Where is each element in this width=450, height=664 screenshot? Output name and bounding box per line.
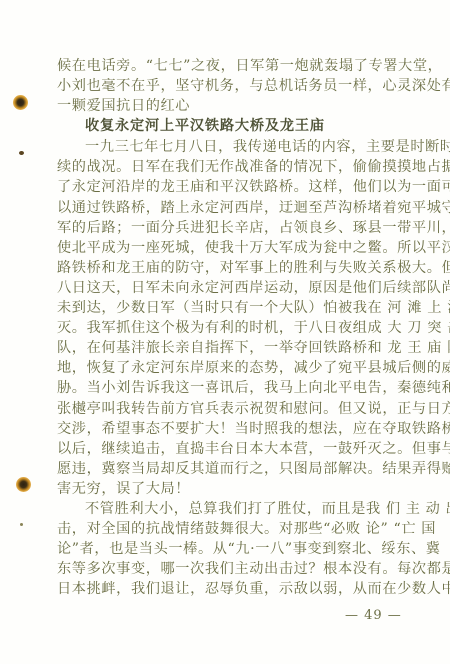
text-line: 续的战况。日军在我们无作战准备的情况下，偷偷摸摸地占据 bbox=[57, 157, 412, 177]
text-line: 队，在何基沣旅长亲自指挥下，一举夺回铁路桥和 龙 王 庙 阵 bbox=[57, 338, 412, 358]
text-line: 军的后路；一面分兵进犯长辛店，占领良乡、琢县一带平川， bbox=[57, 218, 412, 238]
text-line: 以通过铁路桥，踏上永定河西岸，迂迴至芦沟桥堵着宛平城守 bbox=[57, 198, 412, 218]
text-line: 不管胜利大小，总算我们打了胜仗，而且是我 们 主 动 出 bbox=[57, 499, 412, 519]
continued-paragraph: 候在电话旁。“七七”之夜，日军第一炮就轰塌了专署大堂， 小刘也毫不在乎，坚守机务… bbox=[57, 56, 412, 116]
document-page: 候在电话旁。“七七”之夜，日军第一炮就轰塌了专署大堂， 小刘也毫不在乎，坚守机务… bbox=[0, 0, 450, 664]
text-line: 小刘也毫不在乎，坚守机务，与总机话务员一样，心灵深处有 bbox=[57, 76, 412, 96]
text-line: 路铁桥和龙王庙的防守，对军事上的胜利与失败关系极大。但 bbox=[57, 258, 412, 278]
paragraph: 不管胜利大小，总算我们打了胜仗，而且是我 们 主 动 出 击，对全国的抗战情绪鼓… bbox=[57, 499, 412, 599]
text-line: 候在电话旁。“七七”之夜，日军第一炮就轰塌了专署大堂， bbox=[57, 56, 412, 76]
text-line: 击，对全国的抗战情绪鼓舞很大。对那些“必败 论” “亡 国 bbox=[57, 519, 412, 539]
text-line: 害无穷，误了大局！ bbox=[57, 479, 412, 499]
text-line: 论”者，也是当头一棒。从“九·一八”事变到察北、绥东、冀 bbox=[57, 539, 412, 559]
text-line: 八日这天，日军未向永定河西岸运动，原因是他们后续部队尚 bbox=[57, 278, 412, 298]
text-line: 以后，继续追击，直捣丰台日本大本营，一鼓歼灭之。但事与 bbox=[57, 439, 412, 459]
text-line: 张樾亭叫我转告前方官兵表示祝贺和慰问。但又说，正与日方 bbox=[57, 399, 412, 419]
text-line: 交涉，希望事态不要扩大！当时照我的想法，应在夺取铁路桥 bbox=[57, 419, 412, 439]
ink-speck bbox=[19, 151, 24, 155]
body-text: 候在电话旁。“七七”之夜，日军第一炮就轰塌了专署大堂， 小刘也毫不在乎，坚守机务… bbox=[57, 56, 412, 599]
text-line: 未到达，少数日军（当时只有一个大队）怕被我在 河 滩 上 消 bbox=[57, 298, 412, 318]
text-line: 愿违，冀察当局却反其道而行之，只图局部解决。结果弄得贻 bbox=[57, 459, 412, 479]
text-line: 灭。我军抓住这个极为有利的时机，于八日夜组成 大 刀 突 击 bbox=[57, 318, 412, 338]
page-number: — 49 — bbox=[345, 608, 402, 623]
paragraph: 一九三七年七月八日，我传递电话的内容，主要是时断时 续的战况。日军在我们无作战准… bbox=[57, 137, 412, 499]
text-line: 地，恢复了永定河东岸原来的态势，减少了宛平县城后侧的威 bbox=[57, 358, 412, 378]
text-line: 东等多次事变，哪一次我们主动出击过？根本没有。每次都是 bbox=[57, 559, 412, 579]
text-line: 日本挑衅，我们退让，忍辱负重，示敌以弱，从而在少数人中 bbox=[57, 579, 412, 599]
text-line: 一颗爱国抗日的红心 bbox=[57, 96, 412, 116]
text-line: 了永定河沿岸的龙王庙和平汉铁路桥。这样，他们以为一面可 bbox=[57, 177, 412, 197]
binding-hole-mark bbox=[13, 95, 28, 110]
text-line: 胁。当小刘告诉我这一喜讯后，我马上向北平电告，秦德纯和 bbox=[57, 378, 412, 398]
text-line: 使北平成为一座死城，使我十万大军成为瓮中之鳖。所以平汉 bbox=[57, 238, 412, 258]
binding-hole-mark bbox=[16, 477, 31, 492]
text-line: 一九三七年七月八日，我传递电话的内容，主要是时断时 bbox=[57, 137, 412, 157]
ink-speck bbox=[20, 523, 23, 526]
section-heading: 收复永定河上平汉铁路大桥及龙王庙 bbox=[57, 116, 412, 137]
